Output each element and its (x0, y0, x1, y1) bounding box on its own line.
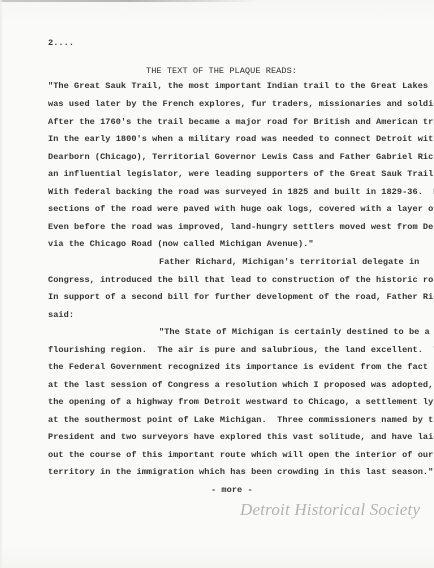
page-number: 2.... (48, 38, 74, 48)
text-line: Congress, introduced the bill that lead … (48, 275, 434, 285)
watermark-logo: Detroit Historical Society (240, 500, 420, 520)
section-heading: THE TEXT OF THE PLAQUE READS: (146, 66, 297, 76)
text-line: at the southermost point of Lake Michiga… (48, 415, 434, 425)
text-line: via the Chicago Road (now called Michiga… (48, 239, 314, 249)
text-line: "The Great Sauk Trail, the most importan… (48, 81, 434, 91)
text-line: sections of the road were paved with hug… (48, 204, 434, 214)
text-line: With federal backing the road was survey… (48, 187, 434, 197)
text-line: the opening of a highway from Detroit we… (48, 397, 434, 407)
text-line: territory in the immigration which has b… (48, 467, 433, 477)
text-line: at the last session of Congress a resolu… (48, 380, 434, 390)
scan-left-edge (0, 0, 3, 568)
text-line: In support of a second bill for further … (48, 292, 434, 302)
text-line: said: (48, 310, 74, 320)
text-line: After the 1760's the trail became a majo… (48, 117, 434, 127)
scan-edge-shadow (0, 0, 260, 2)
text-line: Even before the road was improved, land-… (48, 222, 434, 232)
text-line: was used later by the French explores, f… (48, 99, 434, 109)
text-line: the Federal Government recognized its im… (48, 362, 434, 372)
document-page: 2.... THE TEXT OF THE PLAQUE READS: "The… (0, 0, 434, 568)
text-line: Father Richard, Michigan's territorial d… (159, 257, 419, 267)
text-line: an influential legislator, were leading … (48, 169, 434, 179)
text-line: President and two surveyors have explore… (48, 432, 434, 442)
text-line: In the early 1800's when a military road… (48, 134, 434, 144)
text-line: "The State of Michigan is certainly dest… (159, 327, 430, 337)
text-line: out the course of this important route w… (48, 450, 433, 460)
continued-marker: - more - (211, 485, 253, 495)
text-line: flourishing region. The air is pure and … (48, 345, 434, 355)
text-line: Dearborn (Chicago), Territorial Governor… (48, 152, 434, 162)
